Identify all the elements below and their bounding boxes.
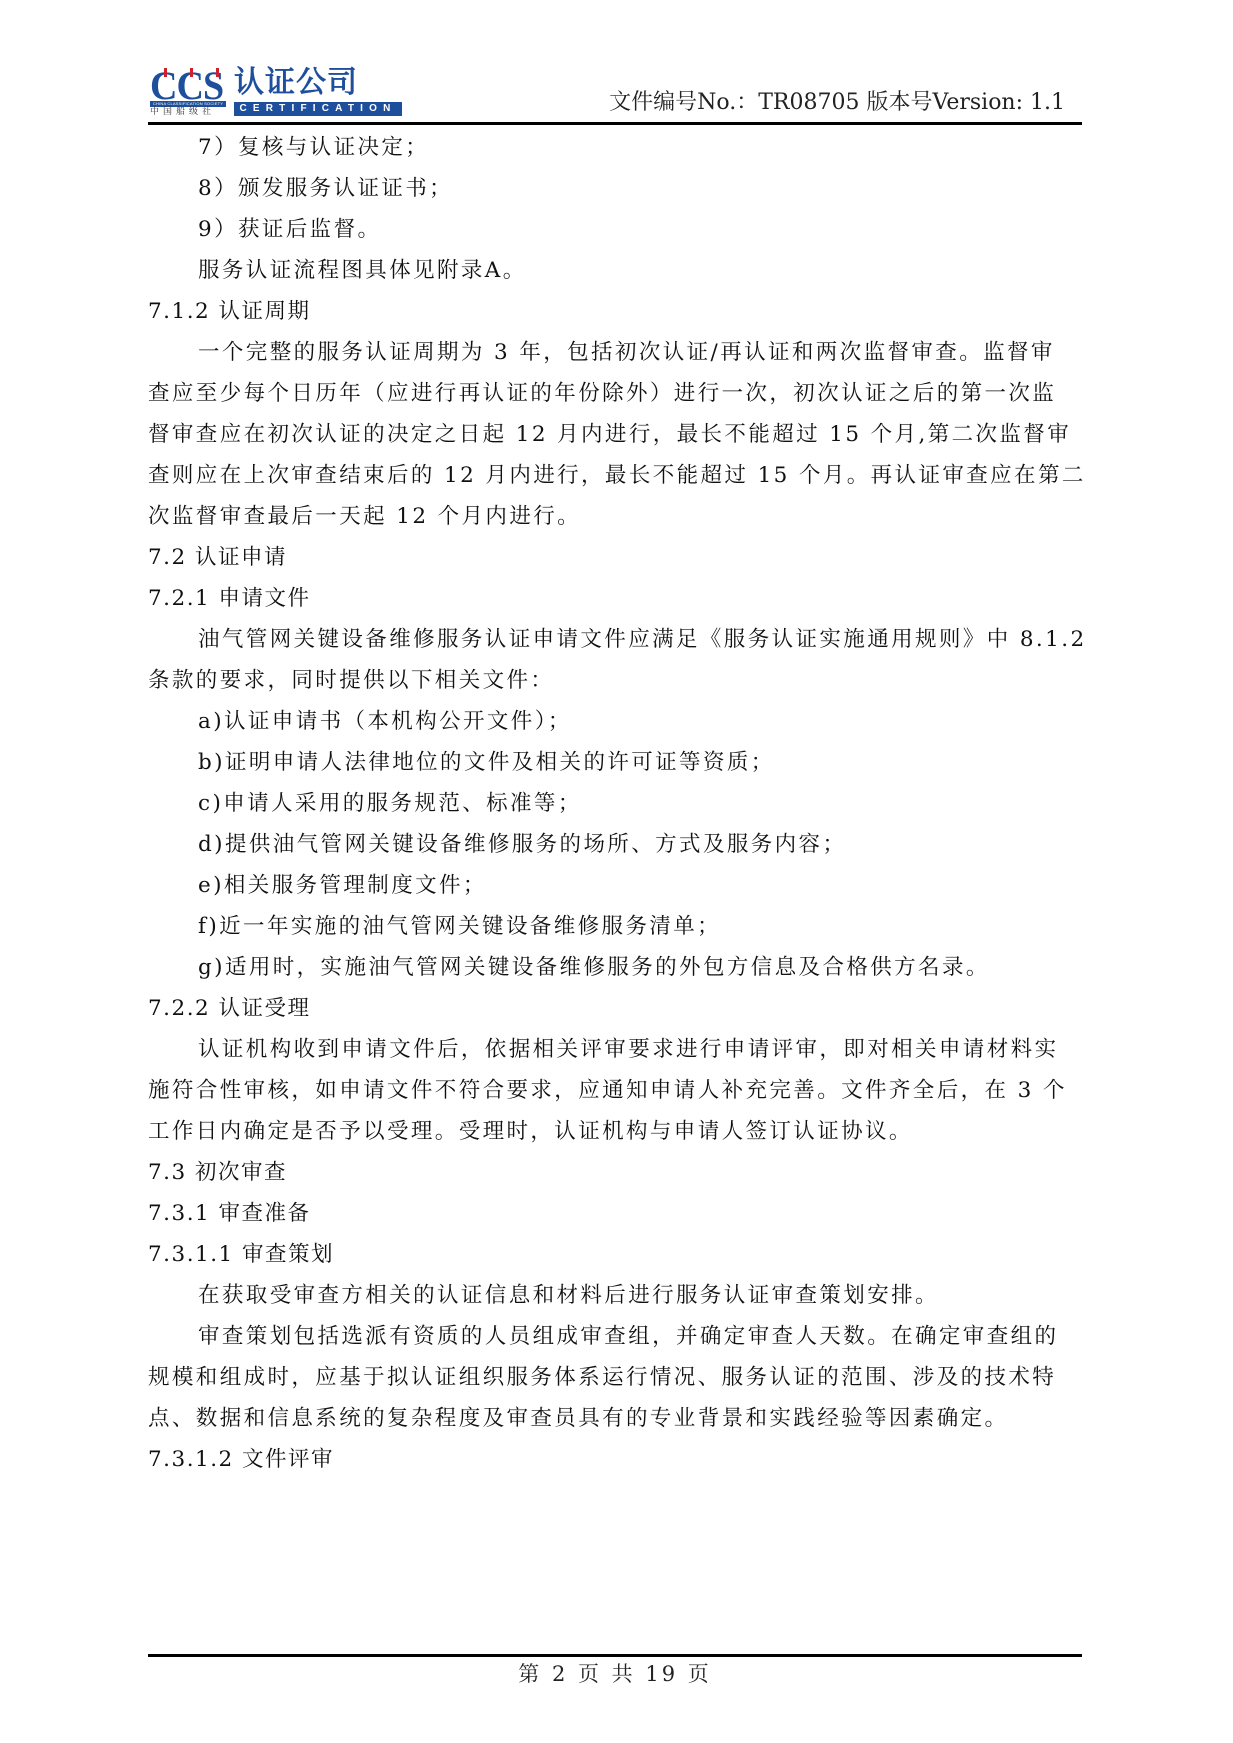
paragraph: 认证机构收到申请文件后，依据相关评审要求进行申请评审，即对相关申请材料实 (198, 1030, 1058, 1070)
logo-brand-mark: CCS (150, 66, 223, 106)
paragraph-line: 查则应在上次审查结束后的 12 月内进行，最长不能超过 15 个月。再认证审查应… (148, 456, 1086, 496)
paragraph: 服务认证流程图具体见附录A。 (198, 251, 527, 291)
section-heading: 7.3 初次审查 (148, 1153, 287, 1193)
list-item: g)适用时，实施油气管网关键设备维修服务的外包方信息及合格供方名录。 (198, 948, 990, 988)
paragraph-line: 督审查应在初次认证的决定之日起 12 月内进行，最长不能超过 15 个月,第二次… (148, 415, 1071, 455)
paragraph-line: 点、数据和信息系统的复杂程度及审查员具有的专业背景和实践经验等因素确定。 (148, 1399, 1008, 1439)
section-heading: 7.3.1.2 文件评审 (148, 1440, 334, 1480)
list-item: d)提供油气管网关键设备维修服务的场所、方式及服务内容； (198, 825, 846, 865)
section-heading: 7.3.1 审查准备 (148, 1194, 311, 1234)
ccs-certification-logo: CCS CHINA CLASSIFICATION SOCIETY 中国船级社 认… (148, 66, 408, 118)
paragraph-line: 查应至少每个日历年（应进行再认证的年份除外）进行一次，初次认证之后的第一次监 (148, 374, 1056, 414)
section-heading: 7.2.1 申请文件 (148, 579, 311, 619)
logo-title-cn: 认证公司 (234, 66, 358, 100)
list-item: a)认证申请书（本机构公开文件）； (198, 702, 572, 742)
page-number: 第 2 页 共 19 页 (148, 1657, 1082, 1691)
page-header: CCS CHINA CLASSIFICATION SOCIETY 中国船级社 认… (148, 66, 1083, 118)
section-heading: 7.2 认证申请 (148, 538, 287, 578)
list-item: f)近一年实施的油气管网关键设备维修服务清单； (198, 907, 721, 947)
paragraph-line: 施符合性审核，如申请文件不符合要求，应通知申请人补充完善。文件齐全后，在 3 个 (148, 1071, 1067, 1111)
section-heading: 7.3.1.1 审查策划 (148, 1235, 334, 1275)
logo-certification-banner: CERTIFICATION (234, 102, 402, 116)
document-number-version: 文件编号No.：TR08705 版本号Version: 1.1 (609, 90, 1065, 116)
list-item: 8）颁发服务认证证书； (198, 169, 453, 209)
paragraph-line: 条款的要求，同时提供以下相关文件： (148, 661, 554, 701)
list-item: b)证明申请人法律地位的文件及相关的许可证等资质； (198, 743, 775, 783)
list-item: c)申请人采用的服务规范、标准等； (198, 784, 582, 824)
section-heading: 7.1.2 认证周期 (148, 292, 311, 332)
paragraph: 审查策划包括选派有资质的人员组成审查组，并确定审查人天数。在确定审查组的 (198, 1317, 1058, 1357)
list-item: 7）复核与认证决定； (198, 128, 429, 168)
paragraph: 一个完整的服务认证周期为 3 年，包括初次认证/再认证和两次监督审查。监督审 (198, 333, 1055, 373)
section-heading: 7.2.2 认证受理 (148, 989, 311, 1029)
paragraph: 在获取受审查方相关的认证信息和材料后进行服务认证审查策划安排。 (198, 1276, 939, 1316)
list-item: 9）获证后监督。 (198, 210, 381, 250)
paragraph-line: 规模和组成时，应基于拟认证组织服务体系运行情况、服务认证的范围、涉及的技术特 (148, 1358, 1056, 1398)
list-item: e)相关服务管理制度文件； (198, 866, 487, 906)
paragraph: 油气管网关键设备维修服务认证申请文件应满足《服务认证实施通用规则》中 8.1.2 (198, 620, 1087, 660)
header-divider (148, 122, 1082, 125)
logo-society-cn: 中国船级社 (150, 107, 215, 118)
paragraph-line: 工作日内确定是否予以受理。受理时，认证机构与申请人签订认证协议。 (148, 1112, 913, 1152)
paragraph-line: 次监督审查最后一天起 12 个月内进行。 (148, 497, 581, 537)
document-page: CCS CHINA CLASSIFICATION SOCIETY 中国船级社 认… (0, 0, 1233, 1743)
